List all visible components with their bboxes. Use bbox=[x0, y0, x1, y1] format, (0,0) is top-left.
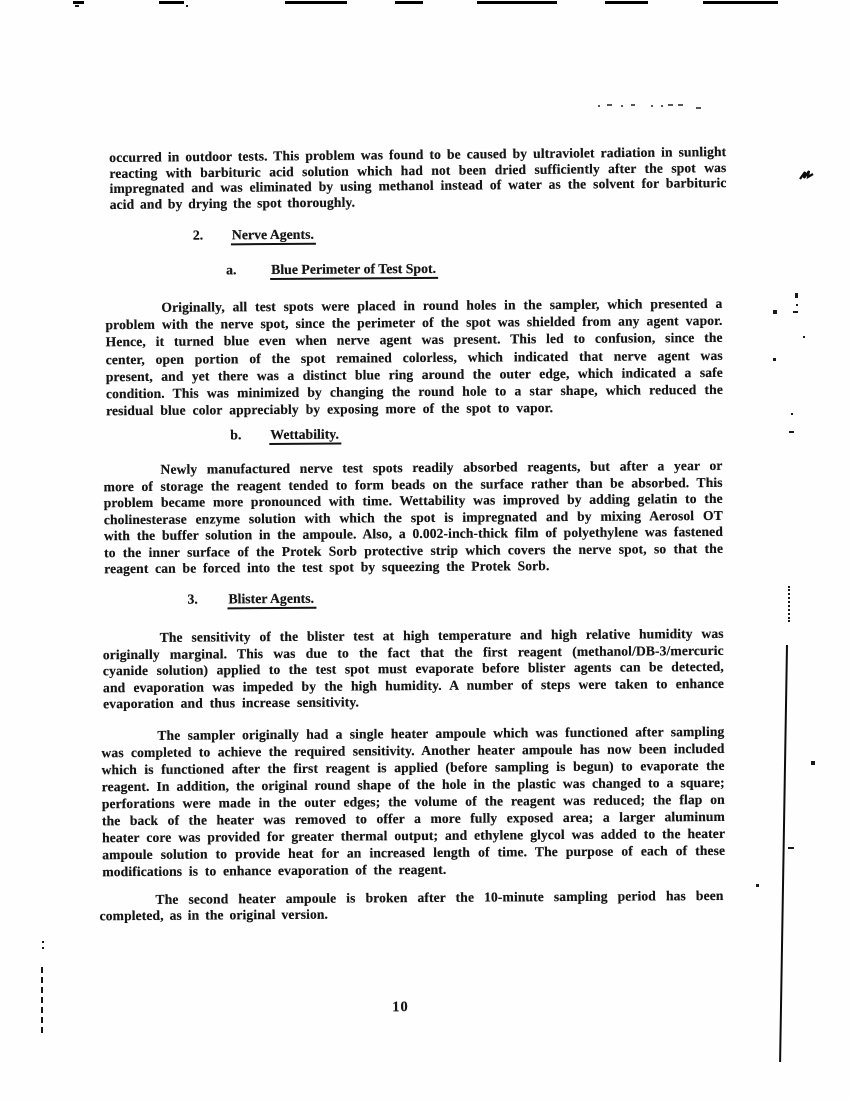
paragraph-blister-2: The sampler originally had a single heat… bbox=[101, 723, 725, 880]
document-content: occurred in outdoor tests. This problem … bbox=[0, 0, 850, 1100]
heading-number: 2. bbox=[193, 227, 231, 243]
page-number: 10 bbox=[392, 999, 409, 1016]
heading-number: b. bbox=[230, 427, 269, 443]
paragraph-blue-perimeter: Originally, all test spots were placed i… bbox=[105, 295, 723, 420]
heading-label: Blister Agents. bbox=[227, 591, 316, 610]
paragraph-continuation: occurred in outdoor tests. This problem … bbox=[109, 144, 727, 212]
heading-number: a. bbox=[226, 262, 270, 278]
heading-label: Blue Perimeter of Test Spot. bbox=[270, 261, 438, 280]
heading-label: Wettability. bbox=[269, 427, 341, 445]
heading-wettability: b.Wettability. bbox=[230, 427, 341, 444]
paragraph-blister-1: The sensitivity of the blister test at h… bbox=[103, 626, 725, 713]
heading-blue-perimeter: a.Blue Perimeter of Test Spot. bbox=[226, 261, 438, 278]
paragraph-blister-3: The second heater ampoule is broken afte… bbox=[99, 888, 723, 924]
scanned-report-page: occurred in outdoor tests. This problem … bbox=[0, 0, 850, 1100]
paragraph-wettability: Newly manufactured nerve test spots read… bbox=[103, 458, 723, 578]
heading-nerve-agents: 2.Nerve Agents. bbox=[193, 227, 316, 244]
heading-label: Nerve Agents. bbox=[231, 227, 316, 246]
heading-number: 3. bbox=[187, 591, 227, 607]
heading-blister-agents: 3.Blister Agents. bbox=[187, 591, 316, 608]
